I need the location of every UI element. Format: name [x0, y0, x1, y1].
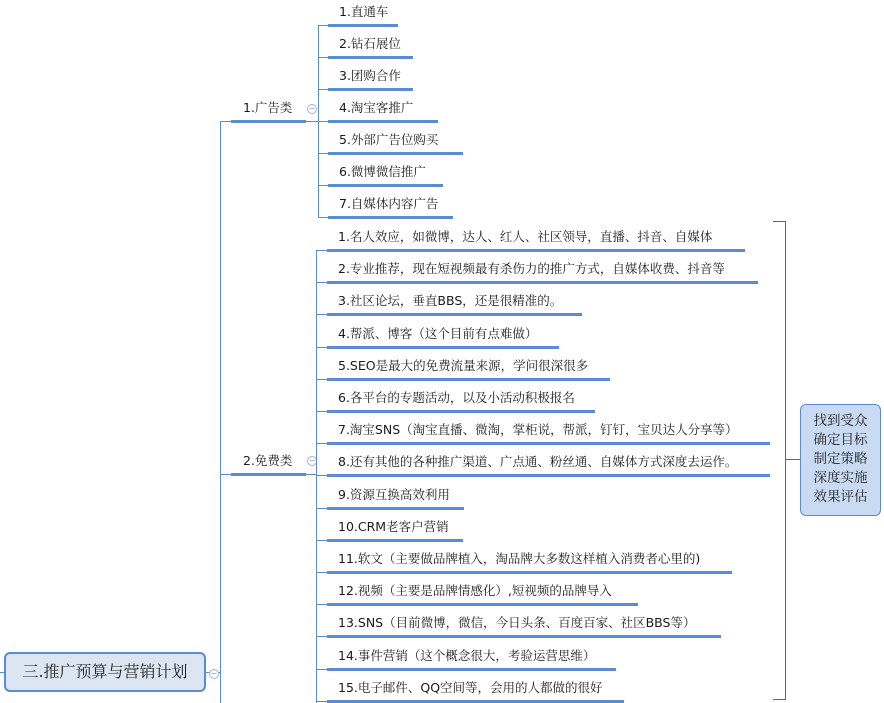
free-item-underline — [327, 378, 610, 381]
free-item[interactable]: 12.视频（主要是品牌情感化）,短视频的品牌导入 — [338, 583, 612, 599]
summary-bracket-connector — [785, 459, 800, 460]
free-item[interactable]: 1.名人效应，如微博，达人、红人、社区领导，直播、抖音、自媒体 — [338, 229, 712, 245]
summary-line: 制定策略 — [801, 450, 880, 469]
free-item[interactable]: 13.SNS（目前微博，微信，今日头条、百度百家、社区BBS等） — [338, 615, 695, 631]
ads-item[interactable]: 7.自媒体内容广告 — [339, 196, 438, 212]
free-item-underline — [327, 442, 770, 445]
ads-item-underline — [328, 24, 398, 27]
free-item[interactable]: 7.淘宝SNS（淘宝直播、微淘，掌柜说，帮派，钉钉，宝贝达人分享等） — [338, 422, 738, 438]
root-collapse-icon[interactable]: − — [209, 669, 219, 679]
ads-item[interactable]: 4.淘宝客推广 — [339, 100, 413, 116]
ads-item[interactable]: 6.微博微信推广 — [339, 164, 426, 180]
ads-item-underline — [328, 152, 463, 155]
free-item-underline — [327, 507, 464, 510]
ads-item[interactable]: 5.外部广告位购买 — [339, 132, 438, 148]
free-item[interactable]: 14.事件营销（这个概念很大，考验运营思维） — [338, 648, 595, 664]
ads-item-underline — [328, 184, 443, 187]
category-ads-underline — [231, 120, 306, 123]
summary-line: 确定目标 — [801, 431, 880, 450]
free-item-underline — [327, 571, 732, 574]
category-ads-label[interactable]: 1.广告类 — [243, 100, 292, 116]
free-item[interactable]: 2.专业推荐，现在短视频最有杀伤力的推广方式，自媒体收费、抖音等 — [338, 261, 725, 277]
free-item-underline — [327, 539, 463, 542]
ads-item-underline — [328, 56, 413, 59]
root-node[interactable]: 三.推广预算与营销计划 — [4, 652, 206, 692]
free-item-underline — [327, 249, 745, 252]
ads-branch-connector — [306, 121, 318, 122]
root-label: 三.推广预算与营销计划 — [22, 662, 187, 681]
free-item[interactable]: 4.帮派、博客（这个目前有点难做） — [338, 326, 537, 342]
summary-line: 深度实施 — [801, 469, 880, 488]
category-free-underline — [231, 473, 306, 476]
free-item[interactable]: 11.软文（主要做品牌植入，淘品牌大多数这样植入消费者心里的) — [338, 551, 700, 567]
free-item-underline — [327, 474, 770, 477]
ads-item[interactable]: 1.直通车 — [339, 4, 388, 20]
ads-item-underline — [328, 120, 438, 123]
summary-node[interactable]: 找到受众 确定目标 制定策略 深度实施 效果评估 — [800, 404, 881, 516]
ads-item-underline — [328, 88, 413, 91]
category-free-label[interactable]: 2.免费类 — [243, 453, 292, 469]
free-item[interactable]: 10.CRM老客户营销 — [338, 519, 449, 535]
ads-item[interactable]: 2.钻石展位 — [339, 36, 401, 52]
free-item[interactable]: 9.资源互换高效利用 — [338, 487, 450, 503]
category-ads-collapse-icon[interactable]: − — [307, 104, 317, 114]
summary-line: 效果评估 — [801, 488, 880, 507]
free-item[interactable]: 5.SEO是最大的免费流量来源，学问很深很多 — [338, 358, 588, 374]
free-item-underline — [327, 635, 721, 638]
free-branch-connector — [306, 474, 316, 475]
main-trunk-line — [220, 121, 221, 703]
free-item-underline — [327, 313, 582, 316]
free-item[interactable]: 3.社区论坛，垂直BBS，还是很精准的。 — [338, 293, 562, 309]
free-item-underline — [327, 281, 758, 284]
summary-line: 找到受众 — [801, 412, 880, 431]
ads-item-underline — [328, 216, 453, 219]
free-item[interactable]: 15.电子邮件、QQ空间等，会用的人都做的很好 — [338, 680, 603, 696]
free-item-underline — [327, 603, 638, 606]
free-item[interactable]: 6.各平台的专题活动，以及小活动积极报名 — [338, 390, 575, 406]
free-item-underline — [327, 410, 595, 413]
free-item-underline — [327, 668, 616, 671]
ads-item[interactable]: 3.团购合作 — [339, 68, 401, 84]
free-item[interactable]: 8.还有其他的各种推广渠道、广点通、粉丝通、自媒体方式深度去运作。 — [338, 454, 737, 470]
summary-bracket — [773, 221, 786, 700]
free-item-underline — [327, 346, 559, 349]
